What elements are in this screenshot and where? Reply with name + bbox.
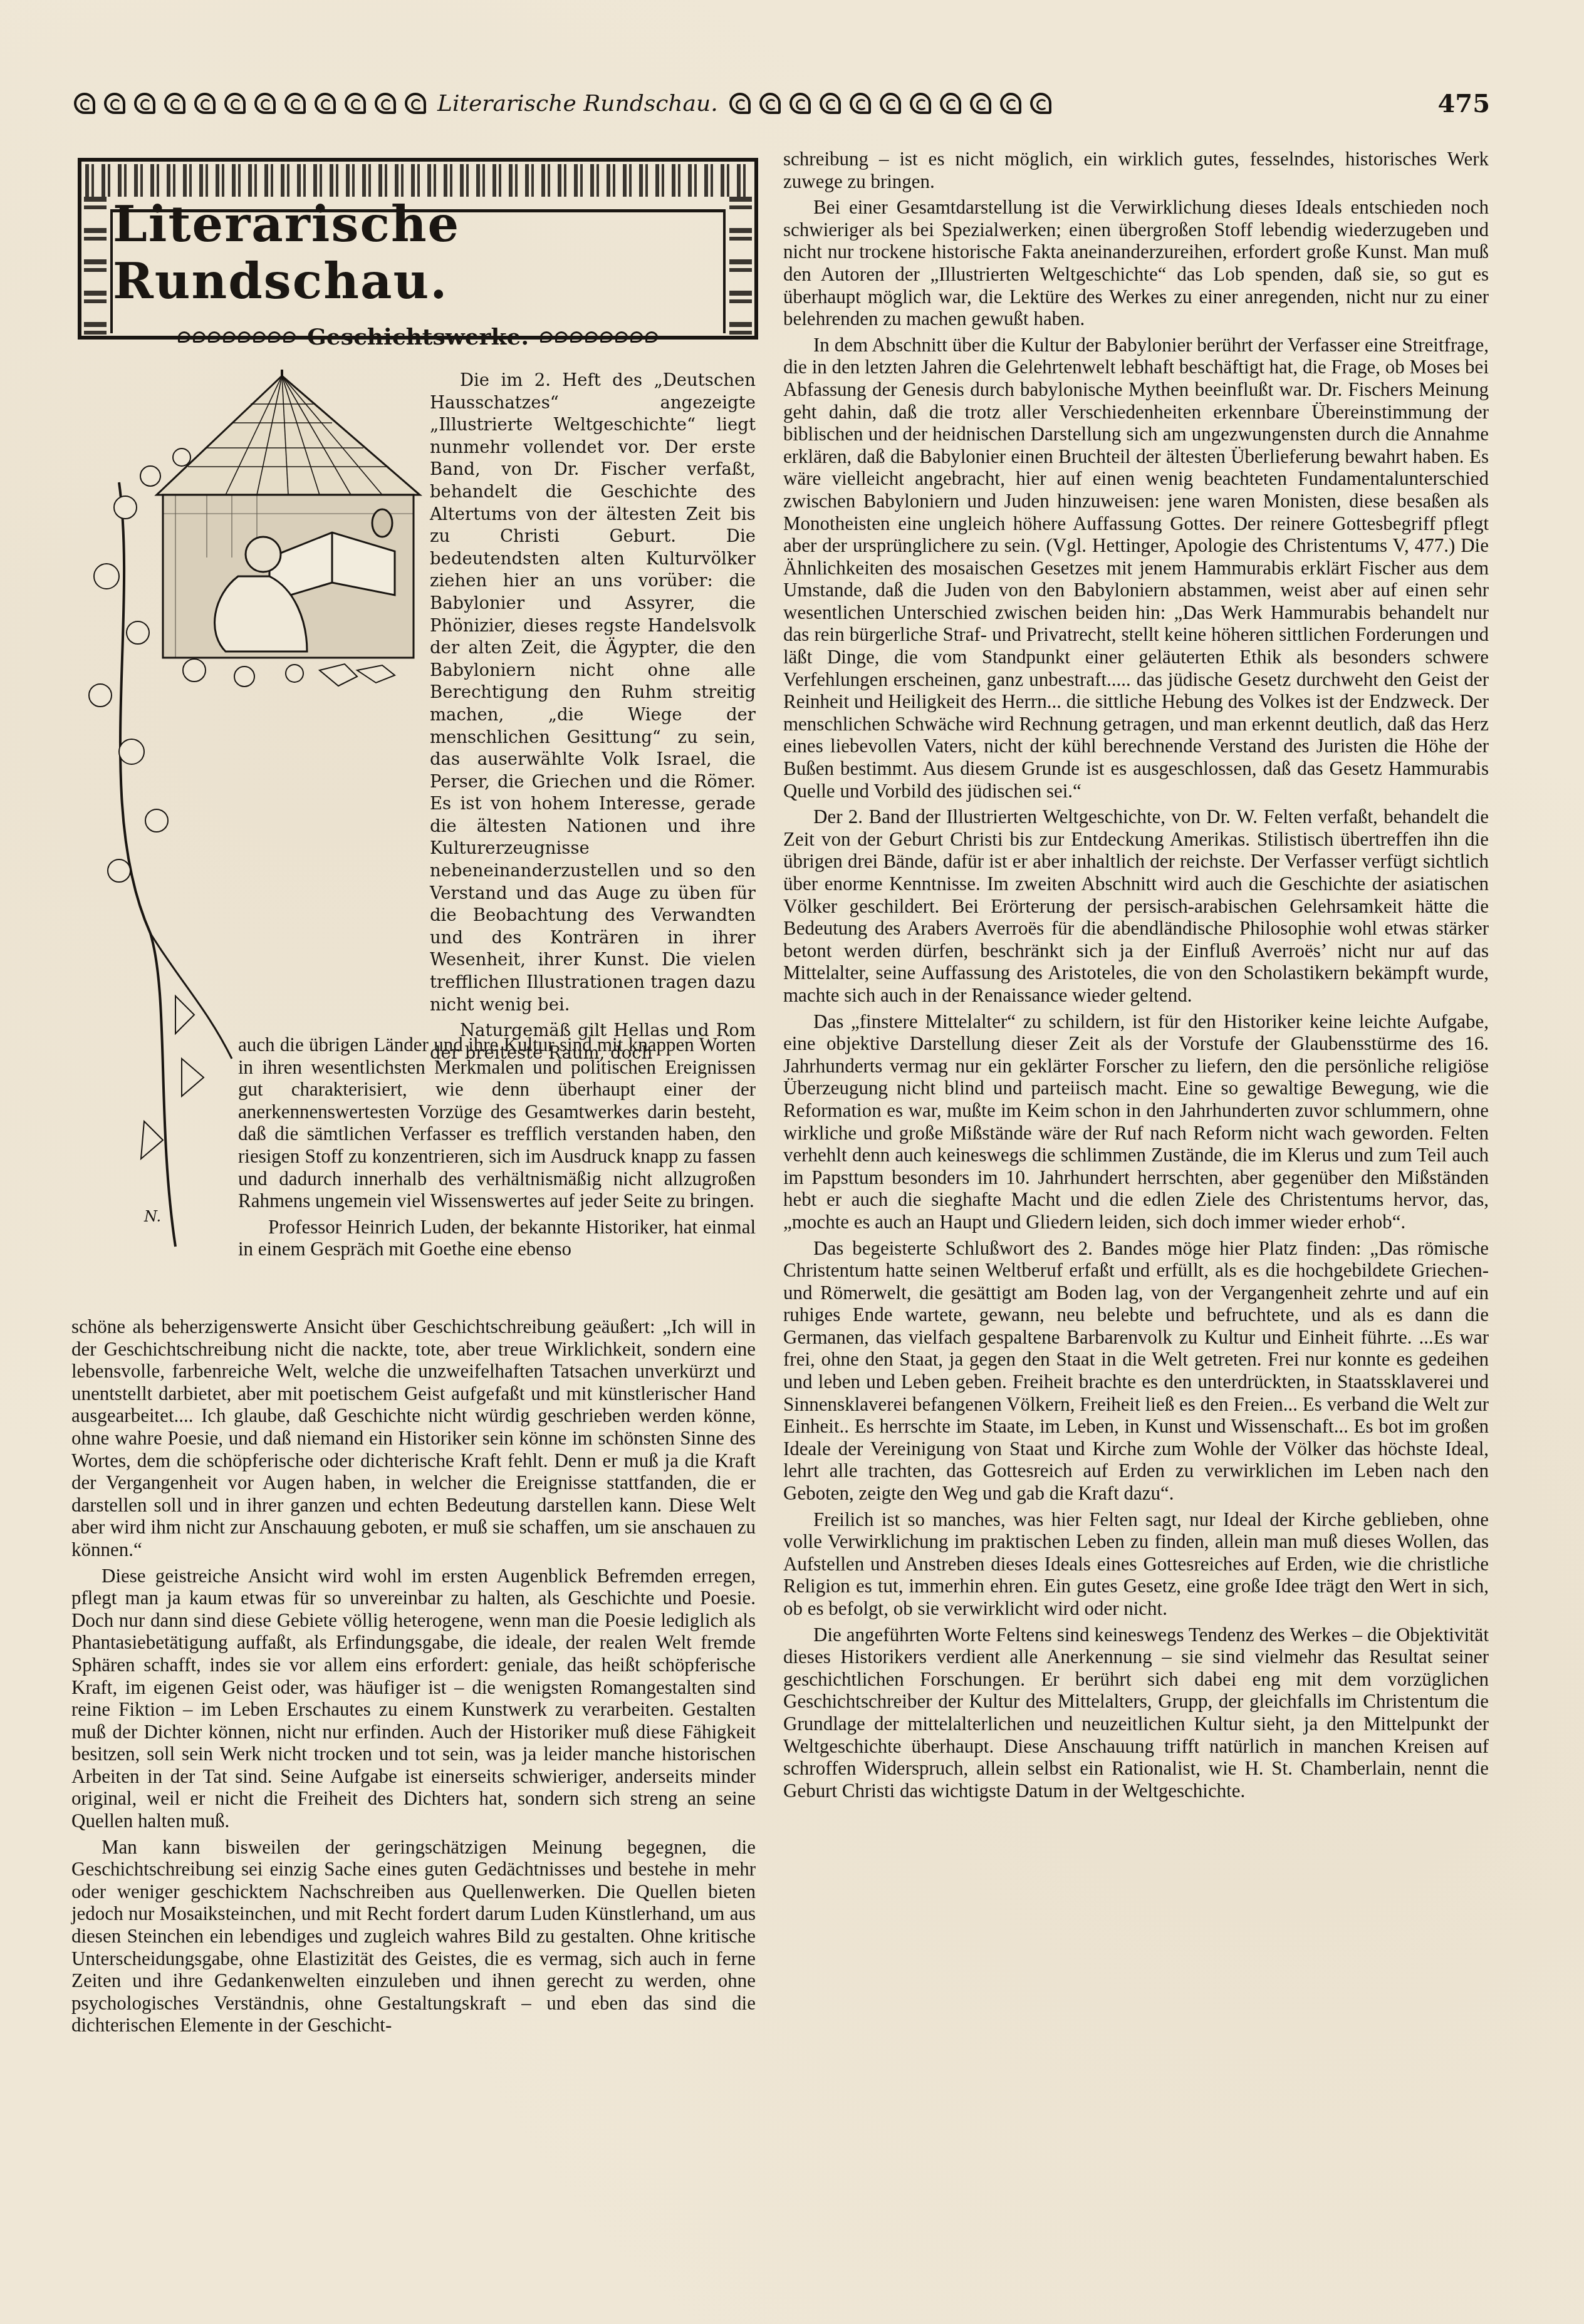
paragraph: Die im 2. Heft des „Deutschen Hausschatz… [430,370,756,1016]
wave-scroll-icon [345,93,366,114]
subtitle-row: Geschichtswerke. [178,324,658,350]
left-column-full: schöne als beherzigenswerte Ansicht über… [71,1315,756,2036]
paragraph: schreibung – ist es nicht möglich, ein w… [783,148,1489,192]
page-number: 475 [1438,89,1491,118]
wave-scroll-icon [759,93,781,114]
left-column-mid: auch die übrigen Länder und ihre Kultur … [238,1034,756,1260]
left-column-narrow: Die im 2. Heft des „Deutschen Hausschatz… [430,370,756,1064]
running-header: Literarische Rundschau. 475 [74,88,1490,119]
paragraph: Das begeisterte Schlußwort des 2. Bandes… [783,1237,1489,1505]
wave-scroll-icon [880,93,901,114]
wave-scroll-icon [164,93,185,114]
wave-ornament-icon [178,331,296,343]
title-inner-frame: Literarische Rundschau. Geschichtswerke. [110,209,726,333]
ornamental-border-left [84,197,107,336]
ornamental-border-right [729,197,752,336]
paragraph: In dem Abschnitt über die Kultur der Bab… [783,334,1489,802]
paragraph: Der 2. Band der Illustrierten Weltgeschi… [783,806,1489,1006]
wave-scroll-icon [315,93,336,114]
right-column: schreibung – ist es nicht möglich, ein w… [783,148,1489,1802]
ornamental-border-top [85,164,751,197]
wave-scroll-icon [729,93,751,114]
wave-scroll-icon [104,93,125,114]
wave-scroll-icon [134,93,155,114]
wave-scroll-icon [820,93,841,114]
wave-scroll-icon [74,93,95,114]
paragraph: Man kann bisweilen der geringschätzigen … [71,1836,756,2036]
artist-signature: N. [143,1208,161,1225]
paragraph: Die angeführten Worte Feltens sind keine… [783,1624,1489,1802]
paragraph: Diese geistreiche Ansicht wird wohl im e… [71,1565,756,1832]
wave-scroll-icon [789,93,811,114]
wave-scroll-icon [970,93,991,114]
wave-scroll-icon [850,93,871,114]
paragraph: Professor Heinrich Luden, der bekannte H… [238,1216,756,1260]
wave-scroll-icon [284,93,306,114]
wave-scroll-icon [1030,93,1051,114]
wave-scroll-icon [254,93,276,114]
wave-scroll-icon [940,93,961,114]
ornament-right [729,93,1051,114]
running-title: Literarische Rundschau. [432,91,723,117]
wave-scroll-icon [405,93,426,114]
section-subtitle: Geschichtswerke. [307,324,529,350]
paragraph: Bei einer Gesamtdarstellung ist die Verw… [783,196,1489,330]
wave-scroll-icon [194,93,216,114]
section-title: Literarische Rundschau. [113,196,723,310]
wave-ornament-icon [540,331,658,343]
wave-scroll-icon [1000,93,1021,114]
paragraph: Das „finstere Mittelalter“ zu schildern,… [783,1010,1489,1233]
paragraph: Freilich ist so manches, was hier Felten… [783,1508,1489,1620]
paragraph: schöne als beherzigenswerte Ansicht über… [71,1315,756,1561]
ornament-left [74,93,426,114]
wave-scroll-icon [224,93,246,114]
wave-scroll-icon [910,93,931,114]
wave-scroll-icon [375,93,396,114]
section-title-box: Literarische Rundschau. Geschichtswerke. [78,158,758,340]
paragraph: auch die übrigen Länder und ihre Kultur … [238,1034,756,1212]
